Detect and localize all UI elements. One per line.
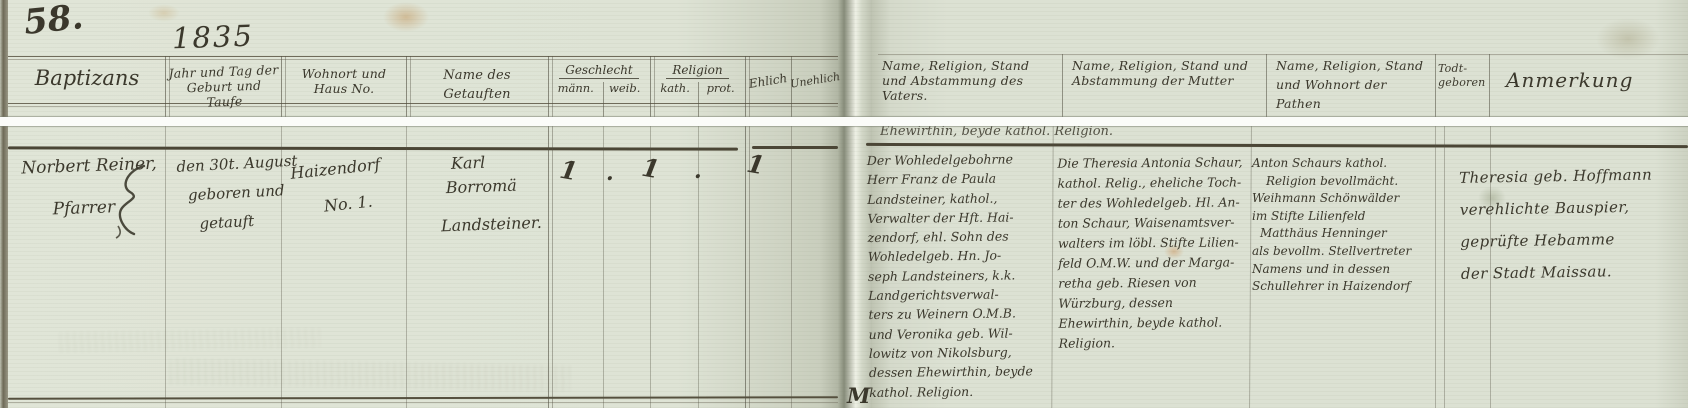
text-line: geboren und [187, 176, 286, 210]
header-godparents: Name, Religion, Stand und Wohnort der Pa… [1276, 56, 1426, 113]
entry-godparents: Anton Schaurs kathol.Religion bevollmäch… [1252, 155, 1412, 296]
header-sex-title: Geschlecht [559, 63, 639, 79]
text-line: Schullehrer in Haizendorf [1252, 278, 1412, 296]
text-line: zendorf, ehl. Sohn des [868, 226, 1060, 247]
text-line: ton Schaur, Waisenamtsver- [1058, 212, 1256, 233]
tick-female: . [606, 160, 614, 186]
text-line: Landsteiner, kathol., [867, 188, 1059, 209]
tick-protestant: . [694, 158, 702, 184]
text-line: Weihmann Schönwälder [1252, 190, 1412, 208]
header-residence: Wohnort und Haus No. [285, 66, 403, 96]
text-line: lowitz von Nikolsburg, [869, 342, 1061, 363]
text-line: Theresia geb. Hoffmann [1459, 158, 1675, 194]
text-line: geprüfte Hebamme [1460, 222, 1676, 258]
text-line: Borromä [445, 172, 562, 200]
header-baptizans: Baptizans [12, 66, 162, 90]
baptism-register-scan: 58. 1835 Baptizans Jahr und Tag der Gebu… [0, 0, 1688, 408]
text-line: Landsteiner. [441, 210, 564, 238]
next-entry-fragment: M [845, 383, 880, 408]
header-note: Anmerkung [1506, 68, 1676, 92]
header-religion-prot: prot. [707, 81, 735, 95]
header-father: Name, Religion, Stand und Abstammung des… [882, 58, 1054, 103]
text-line: Würzburg, dessen [1058, 292, 1256, 313]
header-stillborn: Todt-geboren [1438, 62, 1486, 90]
text-line: Herr Franz de Paula [867, 168, 1059, 189]
text-line: kathol. Relig., eheliche Toch- [1057, 172, 1255, 193]
text-line: Namens und in dessen [1252, 261, 1412, 279]
entry-father: Der WohledelgebohrneHerr Franz de PaulaL… [867, 149, 1062, 402]
text-line: getauft [199, 205, 288, 239]
text-line: Der Wohledelgebohrne [867, 149, 1059, 170]
text-line: Verwalter der Hft. Hai- [867, 207, 1059, 228]
text-line: Todt- [1438, 62, 1486, 76]
header-religion-title: Religion [666, 63, 728, 79]
text-line: ters zu Weinern O.M.B. [868, 303, 1060, 324]
entry-mother: Die Theresia Antonia Schaur,kathol. Reli… [1057, 152, 1256, 353]
text-line: Wohledelgeb. Hn. Jo- [868, 245, 1060, 266]
text-line: ter des Wohledelgeb. Hl. An- [1058, 192, 1256, 213]
text-line: der Stadt Maissau. [1461, 254, 1677, 290]
text-line: Matthäus Henninger [1260, 225, 1412, 243]
header-birth-date: Jahr und Tag der Geburt und Taufe [168, 62, 280, 111]
text-line: retha geb. Riesen von [1058, 272, 1256, 293]
header-sex-group: Geschlecht männ. weib. [550, 63, 648, 95]
text-line: walters im löbl. Stifte Lilien- [1058, 232, 1256, 253]
text-line: Religion. [1059, 332, 1257, 353]
entry-child-name: KarlBorromäLandsteiner. [451, 148, 564, 238]
text-line: Landgerichtsverwal- [868, 284, 1060, 305]
entry-residence: HaizendorfNo. 1. [289, 150, 407, 221]
scan-stitch-band [0, 117, 1688, 126]
text-line: feld O.M.W. und der Marga- [1058, 252, 1256, 273]
text-line: im Stifte Lilienfeld [1252, 208, 1412, 226]
entry-note: Theresia geb. Hoffmannverehlichte Bauspi… [1459, 158, 1676, 290]
header-religion-group: Religion kath. prot. [652, 63, 743, 95]
text-line: verehlichte Bauspier, [1459, 190, 1675, 226]
previous-entry-fragment: Ehewirthin, beyde kathol. Religion. [880, 124, 1310, 143]
text-line: und Veronika geb. Wil- [869, 323, 1061, 344]
text-line: seph Landsteiners, k.k. [868, 265, 1060, 286]
entry-birth-date: den 30t. Augustgeboren undgetauft [176, 147, 288, 240]
book-edge [0, 0, 8, 408]
text-line: Ehewirthin, beyde kathol. [1058, 312, 1256, 333]
header-sex-female: weib. [609, 81, 640, 95]
text-line: Die Theresia Antonia Schaur, [1057, 152, 1255, 173]
header-mother: Name, Religion, Stand und Abstammung der… [1072, 58, 1258, 88]
header-religion-cath: kath. [660, 81, 690, 95]
text-line: Anton Schaurs kathol. [1252, 155, 1412, 173]
text-line: dessen Ehewirthin, beyde [869, 361, 1061, 382]
year-heading: 1835 [171, 19, 254, 56]
text-line: als bevollm. Stellvertreter [1252, 243, 1412, 261]
text-line: Religion bevollmächt. [1266, 173, 1412, 191]
header-sex-male: männ. [558, 81, 594, 95]
paraph-flourish [100, 160, 160, 240]
header-child-name: Name des Getauften [420, 66, 534, 104]
text-line: kathol. Religion. [869, 381, 1061, 402]
text-line: geboren [1438, 76, 1486, 90]
page-number: 58. [22, 0, 85, 43]
